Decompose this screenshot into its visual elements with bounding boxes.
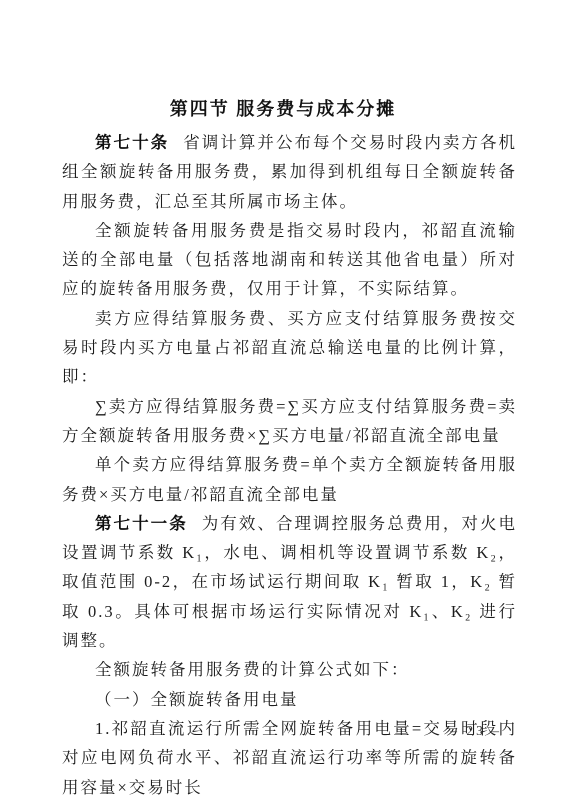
paragraph-formula-reserve-energy: 1.祁韶直流运行所需全网旋转备用电量=交易时段内对应电网负荷水平、祁韶直流运行功…	[62, 714, 517, 800]
paragraph-text: 为有效、合理调控服务总费用，对火电设置调节系数 K₁，水电、调相机等设置调节系数…	[62, 514, 517, 650]
page-number: – 23 –	[450, 723, 502, 739]
paragraph-definition: 全额旋转备用服务费是指交易时段内，祁韶直流输送的全部电量（包括落地湖南和转送其他…	[62, 216, 517, 304]
article-number-70: 第七十条	[95, 133, 169, 152]
paragraph-formula-single-seller: 单个卖方应得结算服务费=单个卖方全额旋转备用服务费×买方电量/祁韶直流全部电量	[62, 450, 517, 509]
paragraph-text: 全额旋转备用服务费是指交易时段内，祁韶直流输送的全部电量（包括落地湖南和转送其他…	[62, 221, 517, 299]
section-title: 第四节 服务费与成本分摊	[0, 95, 566, 121]
paragraph-settlement-rule: 卖方应得结算服务费、买方应支付结算服务费按交易时段内买方电量占祁韶直流总输送电量…	[62, 304, 517, 392]
paragraph-text: 卖方应得结算服务费、买方应支付结算服务费按交易时段内买方电量占祁韶直流总输送电量…	[62, 309, 517, 387]
paragraph-formula-intro: 全额旋转备用服务费的计算公式如下：	[62, 655, 517, 684]
paragraph-article-71: 第七十一条为有效、合理调控服务总费用，对火电设置调节系数 K₁，水电、调相机等设…	[62, 509, 517, 655]
paragraph-text: ∑卖方应得结算服务费=∑买方应支付结算服务费=卖方全额旋转备用服务费×∑买方电量…	[62, 397, 517, 445]
paragraph-text: 单个卖方应得结算服务费=单个卖方全额旋转备用服务费×买方电量/祁韶直流全部电量	[62, 455, 517, 503]
paragraph-article-70: 第七十条省调计算并公布每个交易时段内卖方各机组全额旋转备用服务费，累加得到机组每…	[62, 128, 517, 216]
paragraph-text: （一）全额旋转备用电量	[95, 690, 299, 709]
paragraph-formula-total: ∑卖方应得结算服务费=∑买方应支付结算服务费=卖方全额旋转备用服务费×∑买方电量…	[62, 392, 517, 451]
paragraph-text: 1.祁韶直流运行所需全网旋转备用电量=交易时段内对应电网负荷水平、祁韶直流运行功…	[62, 719, 517, 797]
document-body: 第七十条省调计算并公布每个交易时段内卖方各机组全额旋转备用服务费，累加得到机组每…	[62, 128, 517, 800]
document-page: 第四节 服务费与成本分摊 第七十条省调计算并公布每个交易时段内卖方各机组全额旋转…	[0, 0, 566, 800]
article-number-71: 第七十一条	[95, 514, 188, 533]
paragraph-text: 全额旋转备用服务费的计算公式如下：	[95, 660, 410, 679]
paragraph-list-item-1: （一）全额旋转备用电量	[62, 685, 517, 714]
